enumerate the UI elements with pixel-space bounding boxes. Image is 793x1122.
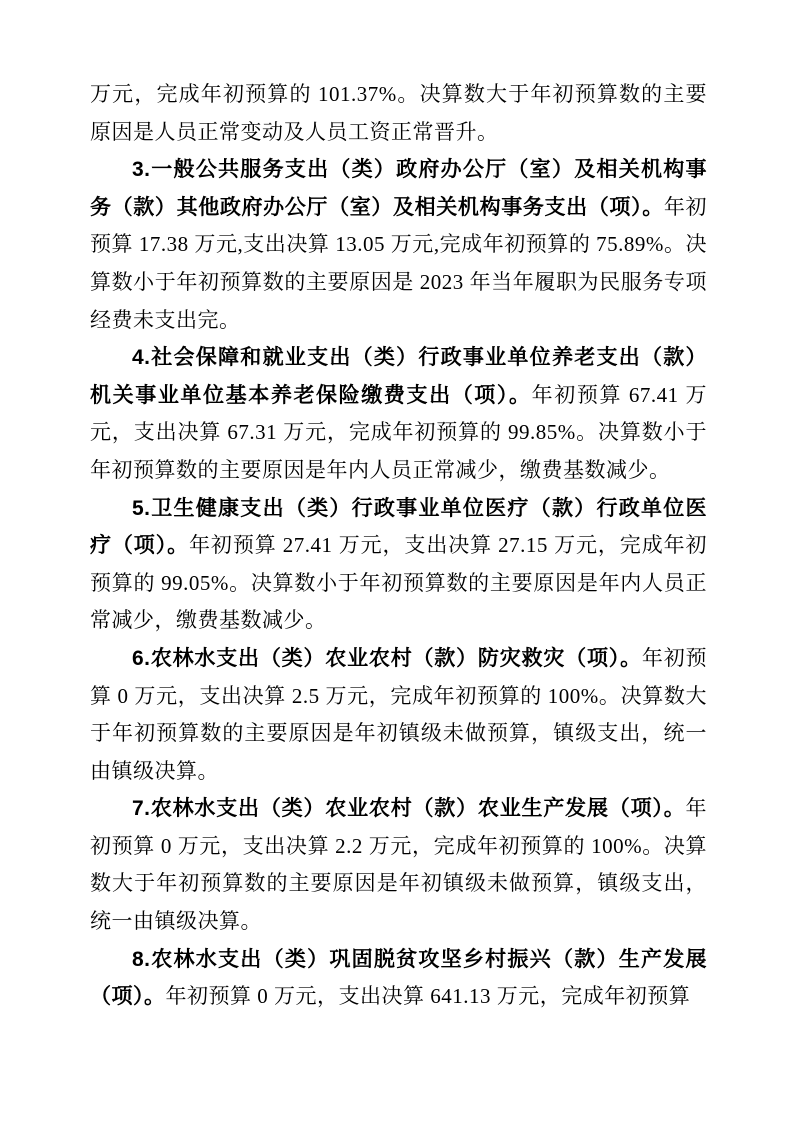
paragraph-item-7: 7.农林水支出（类）农业农村（款）农业生产发展（项）。年初预算 0 万元，支出决… bbox=[90, 790, 707, 940]
paragraph-item-5: 5.卫生健康支出（类）行政事业单位医疗（款）行政单位医疗（项）。年初预算 27.… bbox=[90, 490, 707, 640]
paragraph-item-6: 6.农林水支出（类）农业农村（款）防灾救灾（项）。年初预算 0 万元，支出决算 … bbox=[90, 640, 707, 790]
paragraph-heading: 7.农林水支出（类）农业农村（款）农业生产发展（项）。 bbox=[132, 797, 686, 820]
paragraph-body: 年初预算 0 万元，支出决算 641.13 万元，完成年初预算 bbox=[166, 984, 691, 1008]
paragraph-heading: 6.农林水支出（类）农业农村（款）防灾救灾（项）。 bbox=[132, 647, 642, 670]
paragraph-heading: 3.一般公共服务支出（类）政府办公厅（室）及相关机构事务（款）其他政府办公厅（室… bbox=[90, 158, 707, 219]
paragraph-item-4: 4.社会保障和就业支出（类）行政事业单位养老支出（款）机关事业单位基本养老保险缴… bbox=[90, 339, 707, 489]
paragraph-item-8: 8.农林水支出（类）巩固脱贫攻坚乡村振兴（款）生产发展（项）。年初预算 0 万元… bbox=[90, 941, 707, 1016]
document-page: 万元，完成年初预算的 101.37%。决算数大于年初预算数的主要原因是人员正常变… bbox=[0, 0, 793, 1122]
paragraph-body: 万元，完成年初预算的 101.37%。决算数大于年初预算数的主要原因是人员正常变… bbox=[90, 82, 707, 144]
paragraph-item-3: 3.一般公共服务支出（类）政府办公厅（室）及相关机构事务（款）其他政府办公厅（室… bbox=[90, 151, 707, 339]
paragraph-continuation: 万元，完成年初预算的 101.37%。决算数大于年初预算数的主要原因是人员正常变… bbox=[90, 76, 707, 151]
